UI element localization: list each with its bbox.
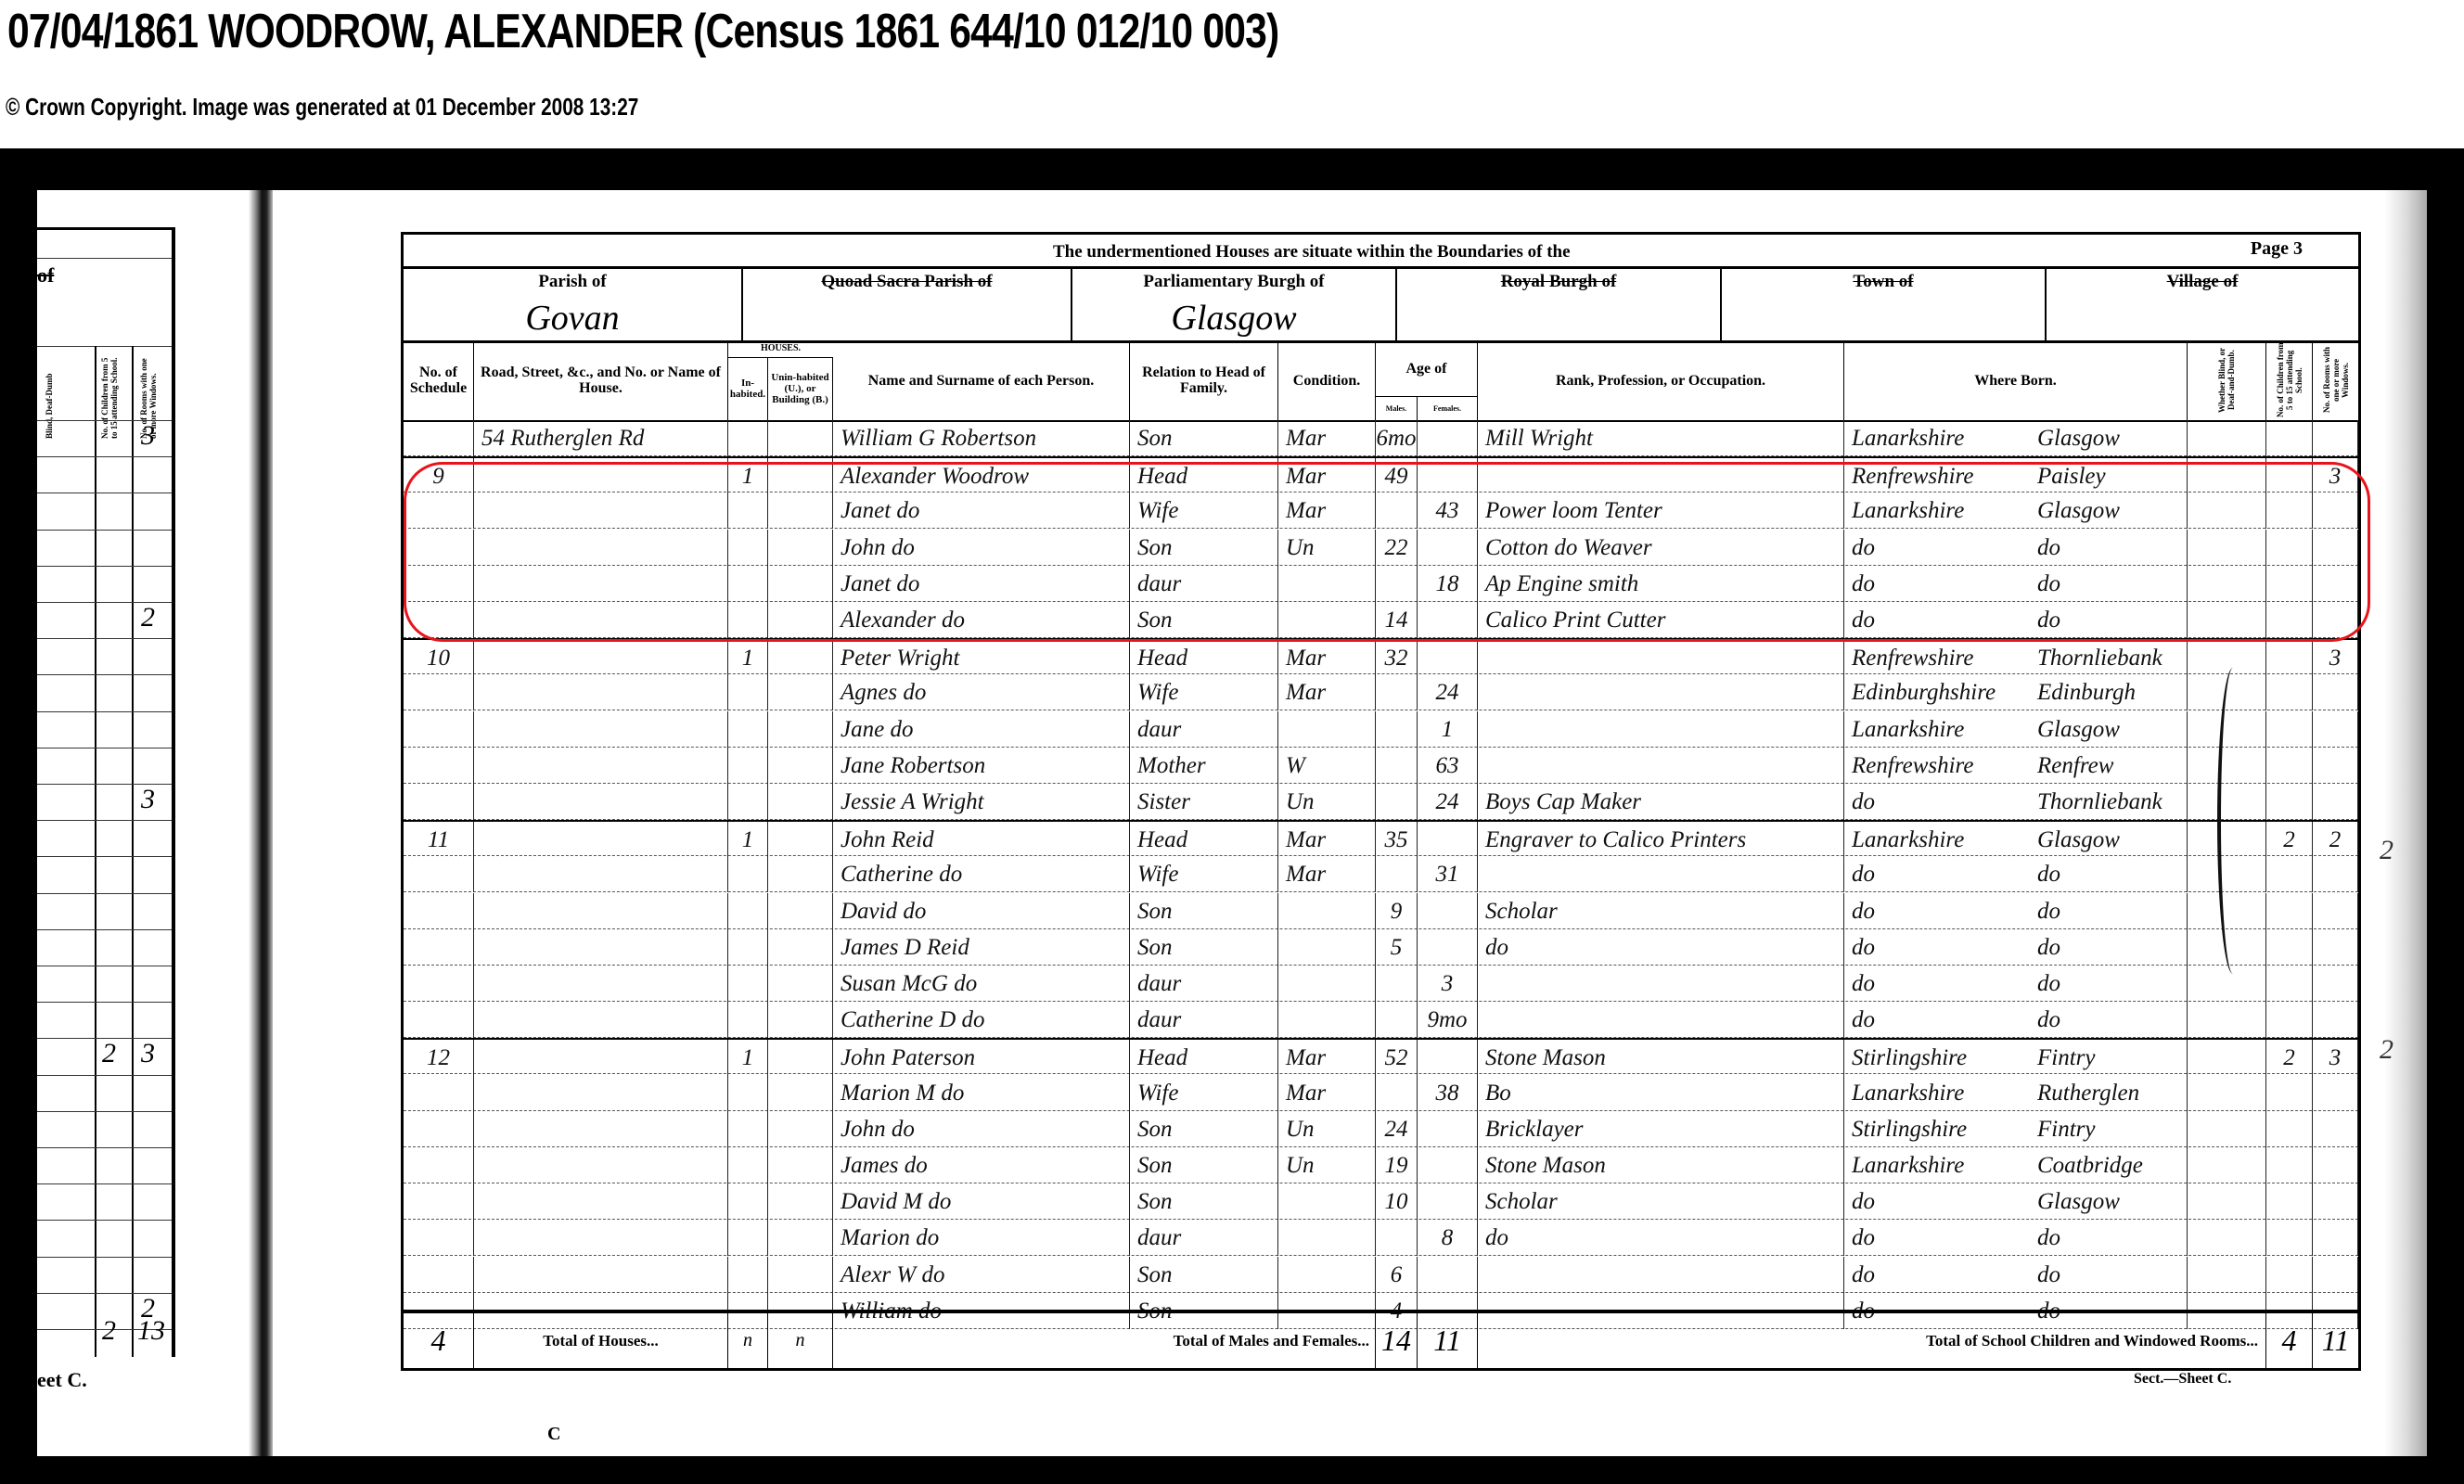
census-enumeration-form: The undermentioned Houses are situate wi… — [401, 232, 2361, 1371]
cell-males — [1376, 1075, 1418, 1111]
cell-blind — [2188, 458, 2266, 494]
cell-occupation — [1478, 966, 1844, 1002]
cell-county: Lanarkshire — [1844, 1147, 2030, 1183]
cell-males: 52 — [1376, 1040, 1418, 1076]
cell-road — [474, 1075, 728, 1111]
cell-females: 63 — [1418, 748, 1478, 784]
cell-county: Stirlingshire — [1844, 1111, 2030, 1147]
total-school-label: Total of School Children and Windowed Ro… — [1478, 1313, 2266, 1368]
cell-county: do — [1844, 784, 2030, 820]
cell-children — [2266, 530, 2313, 566]
cell-relation: Son — [1130, 893, 1278, 929]
left-page-rule — [37, 493, 172, 493]
cell-schedule: 9 — [404, 458, 474, 494]
cell-inhabited — [728, 566, 768, 602]
cell-name: Alexander Woodrow — [833, 458, 1130, 494]
cell-occupation: Engraver to Calico Printers — [1478, 822, 1844, 858]
cell-rooms — [2313, 420, 2358, 456]
table-row: 121John PatersonHeadMar52Stone MasonStir… — [404, 1038, 2358, 1074]
cell-county: do — [1844, 602, 2030, 638]
cell-county: do — [1844, 893, 2030, 929]
cell-condition: Un — [1278, 784, 1376, 820]
cell-relation: Son — [1130, 1111, 1278, 1147]
cell-condition — [1278, 893, 1376, 929]
cell-town: do — [2030, 966, 2188, 1002]
left-page-struck-label: of — [37, 263, 54, 288]
cell-children — [2266, 1111, 2313, 1147]
cell-inhabited — [728, 711, 768, 748]
cell-males: 35 — [1376, 822, 1418, 858]
cell-schedule — [404, 674, 474, 710]
banner-text: The undermentioned Houses are situate wi… — [1053, 242, 1571, 262]
table-row: 101Peter WrightHeadMar32RenfrewshireThor… — [404, 638, 2358, 674]
cell-males: 5 — [1376, 929, 1418, 966]
cell-town: Coatbridge — [2030, 1147, 2188, 1183]
table-row: Jessie A WrightSisterUn24Boys Cap Makerd… — [404, 784, 2358, 820]
cell-blind — [2188, 566, 2266, 602]
cell-occupation — [1478, 711, 1844, 748]
cell-blind — [2188, 420, 2266, 456]
cell-inhabited — [728, 1183, 768, 1220]
left-page-rule — [37, 346, 172, 347]
cell-relation: Head — [1130, 458, 1278, 494]
sheet-label: Sect.—Sheet C. — [2134, 1371, 2231, 1388]
cell-name: Peter Wright — [833, 640, 1130, 676]
cell-condition — [1278, 602, 1376, 638]
cell-uninhabited — [768, 1075, 833, 1111]
margin-note: 2 — [2380, 1034, 2393, 1066]
cell-uninhabited — [768, 458, 833, 494]
cell-road — [474, 856, 728, 892]
bracket-mark — [2217, 668, 2249, 974]
cell-uninhabited — [768, 929, 833, 966]
cell-occupation: Scholar — [1478, 1183, 1844, 1220]
cell-name: William G Robertson — [833, 420, 1130, 456]
cell-condition: Mar — [1278, 674, 1376, 710]
cell-uninhabited — [768, 566, 833, 602]
cell-relation: Son — [1130, 1183, 1278, 1220]
table-row: Agnes doWifeMar24EdinburghshireEdinburgh — [404, 674, 2358, 710]
cell-rooms — [2313, 1075, 2358, 1111]
cell-children — [2266, 674, 2313, 710]
cell-schedule — [404, 1257, 474, 1293]
cell-schedule — [404, 966, 474, 1002]
cell-schedule: 10 — [404, 640, 474, 676]
cell-uninhabited — [768, 674, 833, 710]
cell-males — [1376, 711, 1418, 748]
left-page-rule — [37, 711, 172, 712]
total-females: 11 — [1418, 1313, 1478, 1368]
cell-road — [474, 784, 728, 820]
cell-rooms — [2313, 1002, 2358, 1038]
district-royal-burgh: Royal Burgh of — [1397, 266, 1722, 340]
left-page-rule — [37, 1220, 172, 1221]
cell-road — [474, 711, 728, 748]
cell-occupation — [1478, 458, 1844, 494]
district-value: Govan — [404, 298, 741, 339]
cell-uninhabited — [768, 1257, 833, 1293]
cell-schedule — [404, 1220, 474, 1256]
cell-males: 32 — [1376, 640, 1418, 676]
cell-road — [474, 1257, 728, 1293]
left-page-fragment: of Blind, Deaf-Dumb No. of Children from… — [37, 227, 175, 1357]
cell-relation: daur — [1130, 1220, 1278, 1256]
cell-road — [474, 1111, 728, 1147]
cell-blind — [2188, 1111, 2266, 1147]
left-page-rule — [37, 856, 172, 857]
left-page-rule — [37, 1183, 172, 1184]
cell-name: Jane Robertson — [833, 748, 1130, 784]
cell-condition: Mar — [1278, 1075, 1376, 1111]
cell-children — [2266, 748, 2313, 784]
cell-county: do — [1844, 856, 2030, 892]
cell-blind — [2188, 530, 2266, 566]
cell-schedule: 11 — [404, 822, 474, 858]
cell-road — [474, 674, 728, 710]
cell-county: do — [1844, 566, 2030, 602]
cell-occupation: Power loom Tenter — [1478, 493, 1844, 529]
cell-uninhabited — [768, 748, 833, 784]
table-row: Janet doWifeMar43Power loom TenterLanark… — [404, 493, 2358, 529]
cell-town: Rutherglen — [2030, 1075, 2188, 1111]
cell-females: 3 — [1418, 966, 1478, 1002]
copyright-notice: © Crown Copyright. Image was generated a… — [6, 93, 638, 122]
cell-rooms — [2313, 1183, 2358, 1220]
cell-females: 24 — [1418, 674, 1478, 710]
left-page-entry: 3 — [141, 1038, 155, 1069]
cell-condition: Mar — [1278, 420, 1376, 456]
cell-males: 6mo — [1376, 420, 1418, 456]
cell-uninhabited — [768, 711, 833, 748]
left-page-rule — [37, 258, 172, 259]
cell-inhabited — [728, 1220, 768, 1256]
left-page-rule — [37, 1002, 172, 1003]
margin-note: 2 — [2380, 835, 2393, 866]
cell-inhabited — [728, 784, 768, 820]
left-page-footer: eet C. — [37, 1368, 87, 1392]
cell-females: 24 — [1418, 784, 1478, 820]
total-persons-label: Total of Males and Females... — [833, 1313, 1376, 1368]
cell-rooms — [2313, 893, 2358, 929]
cell-town: do — [2030, 856, 2188, 892]
table-row: Alexander doSon14Calico Print Cutterdodo — [404, 602, 2358, 638]
cell-road — [474, 566, 728, 602]
cell-occupation: do — [1478, 929, 1844, 966]
district-village: Village of — [2047, 266, 2358, 340]
district-town: Town of — [1722, 266, 2047, 340]
cell-town: Glasgow — [2030, 822, 2188, 858]
cell-schedule — [404, 856, 474, 892]
cell-rooms — [2313, 748, 2358, 784]
cell-occupation — [1478, 856, 1844, 892]
cell-condition: Mar — [1278, 856, 1376, 892]
cell-town: Paisley — [2030, 458, 2188, 494]
cell-relation: Head — [1130, 640, 1278, 676]
cell-town: Fintry — [2030, 1111, 2188, 1147]
cell-road — [474, 822, 728, 858]
table-row: David doSon9Scholardodo — [404, 893, 2358, 929]
cell-males: 49 — [1376, 458, 1418, 494]
cell-females: 1 — [1418, 711, 1478, 748]
cell-children — [2266, 1220, 2313, 1256]
cell-rooms — [2313, 929, 2358, 966]
cell-name: Janet do — [833, 493, 1130, 529]
form-banner: The undermentioned Houses are situate wi… — [404, 235, 2358, 269]
left-page-rule — [37, 1147, 172, 1148]
table-row: Catherine D dodaur9mododo — [404, 1002, 2358, 1038]
cell-town: do — [2030, 893, 2188, 929]
cell-town: Glasgow — [2030, 711, 2188, 748]
cell-town: Thornliebank — [2030, 784, 2188, 820]
cell-males — [1376, 966, 1418, 1002]
cell-blind — [2188, 1257, 2266, 1293]
cell-uninhabited — [768, 822, 833, 858]
cell-relation: Head — [1130, 822, 1278, 858]
header-condition: Condition. — [1278, 340, 1376, 420]
cell-county: do — [1844, 530, 2030, 566]
cell-relation: Wife — [1130, 674, 1278, 710]
header-uninhabited: Unin-habited (U.), or Building (B.) — [768, 357, 833, 420]
cell-schedule — [404, 711, 474, 748]
cell-inhabited: 1 — [728, 640, 768, 676]
cell-condition — [1278, 1220, 1376, 1256]
cell-county: Edinburghshire — [1844, 674, 2030, 710]
cell-inhabited — [728, 748, 768, 784]
cell-county: Lanarkshire — [1844, 420, 2030, 456]
cell-blind — [2188, 1002, 2266, 1038]
cell-rooms — [2313, 566, 2358, 602]
cell-uninhabited — [768, 640, 833, 676]
cell-females — [1418, 929, 1478, 966]
cell-relation: Wife — [1130, 493, 1278, 529]
table-row: David M doSon10ScholardoGlasgow — [404, 1183, 2358, 1220]
cell-name: John Reid — [833, 822, 1130, 858]
cell-condition: Mar — [1278, 822, 1376, 858]
cell-occupation: Bricklayer — [1478, 1111, 1844, 1147]
cell-children — [2266, 566, 2313, 602]
cell-blind — [2188, 1183, 2266, 1220]
header-road: Road, Street, &c., and No. or Name of Ho… — [474, 340, 728, 420]
table-row: John doSonUn24BricklayerStirlingshireFin… — [404, 1111, 2358, 1147]
cell-rooms: 3 — [2313, 458, 2358, 494]
cell-schedule — [404, 1002, 474, 1038]
cell-uninhabited — [768, 1002, 833, 1038]
cell-females: 9mo — [1418, 1002, 1478, 1038]
cell-town: Glasgow — [2030, 493, 2188, 529]
district-parish: Parish of Govan — [404, 266, 743, 340]
table-row: Marion dodaur8dododo — [404, 1220, 2358, 1256]
cell-town: Renfrew — [2030, 748, 2188, 784]
left-page-entry: 2 — [102, 1038, 116, 1069]
cell-males — [1376, 1002, 1418, 1038]
cell-schedule — [404, 493, 474, 529]
cell-name: Marion M do — [833, 1075, 1130, 1111]
cell-town: Glasgow — [2030, 420, 2188, 456]
cell-children — [2266, 602, 2313, 638]
left-page-rule — [37, 456, 172, 457]
left-page-total-children: 2 — [102, 1315, 116, 1347]
cell-name: David do — [833, 893, 1130, 929]
cell-county: Lanarkshire — [1844, 711, 2030, 748]
cell-condition: Un — [1278, 530, 1376, 566]
cell-blind — [2188, 1040, 2266, 1076]
cell-name: Catherine D do — [833, 1002, 1130, 1038]
header-schedule: No. of Schedule — [404, 340, 474, 420]
cell-males: 6 — [1376, 1257, 1418, 1293]
left-page-column-rule — [95, 346, 96, 1357]
cell-females — [1418, 1147, 1478, 1183]
total-males: 14 — [1376, 1313, 1418, 1368]
cell-road — [474, 1040, 728, 1076]
cell-rooms — [2313, 856, 2358, 892]
cell-town: do — [2030, 1002, 2188, 1038]
cell-children — [2266, 1075, 2313, 1111]
cell-name: Agnes do — [833, 674, 1130, 710]
cell-males: 9 — [1376, 893, 1418, 929]
cell-condition: Mar — [1278, 640, 1376, 676]
cell-inhabited — [728, 1075, 768, 1111]
cell-condition — [1278, 1183, 1376, 1220]
left-page-rule — [37, 748, 172, 748]
left-page-rule — [37, 929, 172, 930]
cell-males: 19 — [1376, 1147, 1418, 1183]
cell-relation: Wife — [1130, 856, 1278, 892]
left-page-rule — [37, 893, 172, 894]
district-quoad-sacra: Quoad Sacra Parish of — [743, 266, 1072, 340]
cell-schedule — [404, 748, 474, 784]
total-schedules: 4 — [404, 1313, 474, 1368]
cell-children — [2266, 929, 2313, 966]
cell-name: Alexr W do — [833, 1257, 1130, 1293]
cell-males — [1376, 1220, 1418, 1256]
cell-males: 10 — [1376, 1183, 1418, 1220]
cell-rooms — [2313, 602, 2358, 638]
cell-road — [474, 458, 728, 494]
table-row: Catherine doWifeMar31dodo — [404, 856, 2358, 892]
total-inhabited: n — [728, 1313, 768, 1368]
cell-rooms — [2313, 784, 2358, 820]
cell-inhabited — [728, 420, 768, 456]
header-inhabited: In-habited. — [728, 357, 768, 420]
district-row: Parish of Govan Quoad Sacra Parish of Pa… — [404, 266, 2358, 343]
table-row: James doSonUn19Stone MasonLanarkshireCoa… — [404, 1147, 2358, 1183]
cell-uninhabited — [768, 530, 833, 566]
cell-uninhabited — [768, 893, 833, 929]
cell-blind — [2188, 1147, 2266, 1183]
table-row: Susan McG dodaur3dodo — [404, 966, 2358, 1002]
cell-road — [474, 530, 728, 566]
left-page-total-rooms: 13 — [137, 1315, 165, 1347]
cell-occupation: Ap Engine smith — [1478, 566, 1844, 602]
cell-name: Alexander do — [833, 602, 1130, 638]
table-row: Jane RobertsonMotherW63RenfrewshireRenfr… — [404, 748, 2358, 784]
cell-females — [1418, 530, 1478, 566]
cell-children — [2266, 893, 2313, 929]
cell-county: do — [1844, 1257, 2030, 1293]
cell-schedule — [404, 1147, 474, 1183]
cell-condition — [1278, 711, 1376, 748]
total-children: 4 — [2266, 1313, 2313, 1368]
cell-road — [474, 1220, 728, 1256]
cell-rooms — [2313, 1111, 2358, 1147]
table-row: John doSonUn22Cotton do Weaverdodo — [404, 530, 2358, 566]
cell-occupation: Mill Wright — [1478, 420, 1844, 456]
header-females: Females. — [1418, 396, 1478, 420]
table-row: Janet dodaur18Ap Engine smithdodo — [404, 566, 2358, 602]
cell-schedule — [404, 1183, 474, 1220]
cell-females — [1418, 458, 1478, 494]
header-rooms: No. of Rooms with one or more Windows. — [2313, 340, 2358, 420]
cell-condition — [1278, 1002, 1376, 1038]
cell-males — [1376, 748, 1418, 784]
cell-children — [2266, 1002, 2313, 1038]
cell-condition: Mar — [1278, 458, 1376, 494]
cell-county: do — [1844, 1002, 2030, 1038]
cell-children — [2266, 458, 2313, 494]
left-page-rule — [37, 1111, 172, 1112]
cell-occupation: Cotton do Weaver — [1478, 530, 1844, 566]
header-houses: HOUSES. — [728, 340, 833, 358]
cell-rooms — [2313, 1257, 2358, 1293]
cell-relation: Son — [1130, 420, 1278, 456]
left-header-children: No. of Children from 5 to 15 attending S… — [100, 355, 124, 439]
cell-occupation — [1478, 1002, 1844, 1038]
cell-county: Lanarkshire — [1844, 493, 2030, 529]
cell-males — [1376, 784, 1418, 820]
left-page-rule — [37, 638, 172, 639]
total-houses-label: Total of Houses... — [474, 1313, 728, 1368]
header-where-born: Where Born. — [1844, 340, 2188, 420]
cell-relation: daur — [1130, 966, 1278, 1002]
cell-females: 31 — [1418, 856, 1478, 892]
cell-name: David M do — [833, 1183, 1130, 1220]
binding-gutter — [249, 190, 273, 1456]
cell-name: Susan McG do — [833, 966, 1130, 1002]
cell-occupation: Boys Cap Maker — [1478, 784, 1844, 820]
cell-children — [2266, 493, 2313, 529]
cell-inhabited — [728, 493, 768, 529]
left-header-blind: Blind, Deaf-Dumb — [45, 355, 69, 439]
cell-relation: Head — [1130, 1040, 1278, 1076]
cell-uninhabited — [768, 602, 833, 638]
table-row: Jane dodaur1LanarkshireGlasgow — [404, 711, 2358, 748]
cell-town: Glasgow — [2030, 1183, 2188, 1220]
cell-males: 22 — [1376, 530, 1418, 566]
cell-uninhabited — [768, 966, 833, 1002]
cell-schedule — [404, 530, 474, 566]
cell-relation: daur — [1130, 566, 1278, 602]
cell-females — [1418, 1111, 1478, 1147]
cell-occupation: Bo — [1478, 1075, 1844, 1111]
cell-occupation — [1478, 674, 1844, 710]
cell-blind — [2188, 602, 2266, 638]
cell-inhabited — [728, 966, 768, 1002]
cell-inhabited: 1 — [728, 822, 768, 858]
cell-schedule — [404, 784, 474, 820]
cell-relation: Mother — [1130, 748, 1278, 784]
cell-males — [1376, 493, 1418, 529]
cell-rooms — [2313, 966, 2358, 1002]
cell-road — [474, 1183, 728, 1220]
cell-road — [474, 493, 728, 529]
header-males: Males. — [1376, 396, 1418, 420]
cell-inhabited: 1 — [728, 458, 768, 494]
cell-inhabited — [728, 856, 768, 892]
cell-condition — [1278, 566, 1376, 602]
cell-inhabited — [728, 602, 768, 638]
cell-children — [2266, 711, 2313, 748]
cell-rooms: 3 — [2313, 1040, 2358, 1076]
